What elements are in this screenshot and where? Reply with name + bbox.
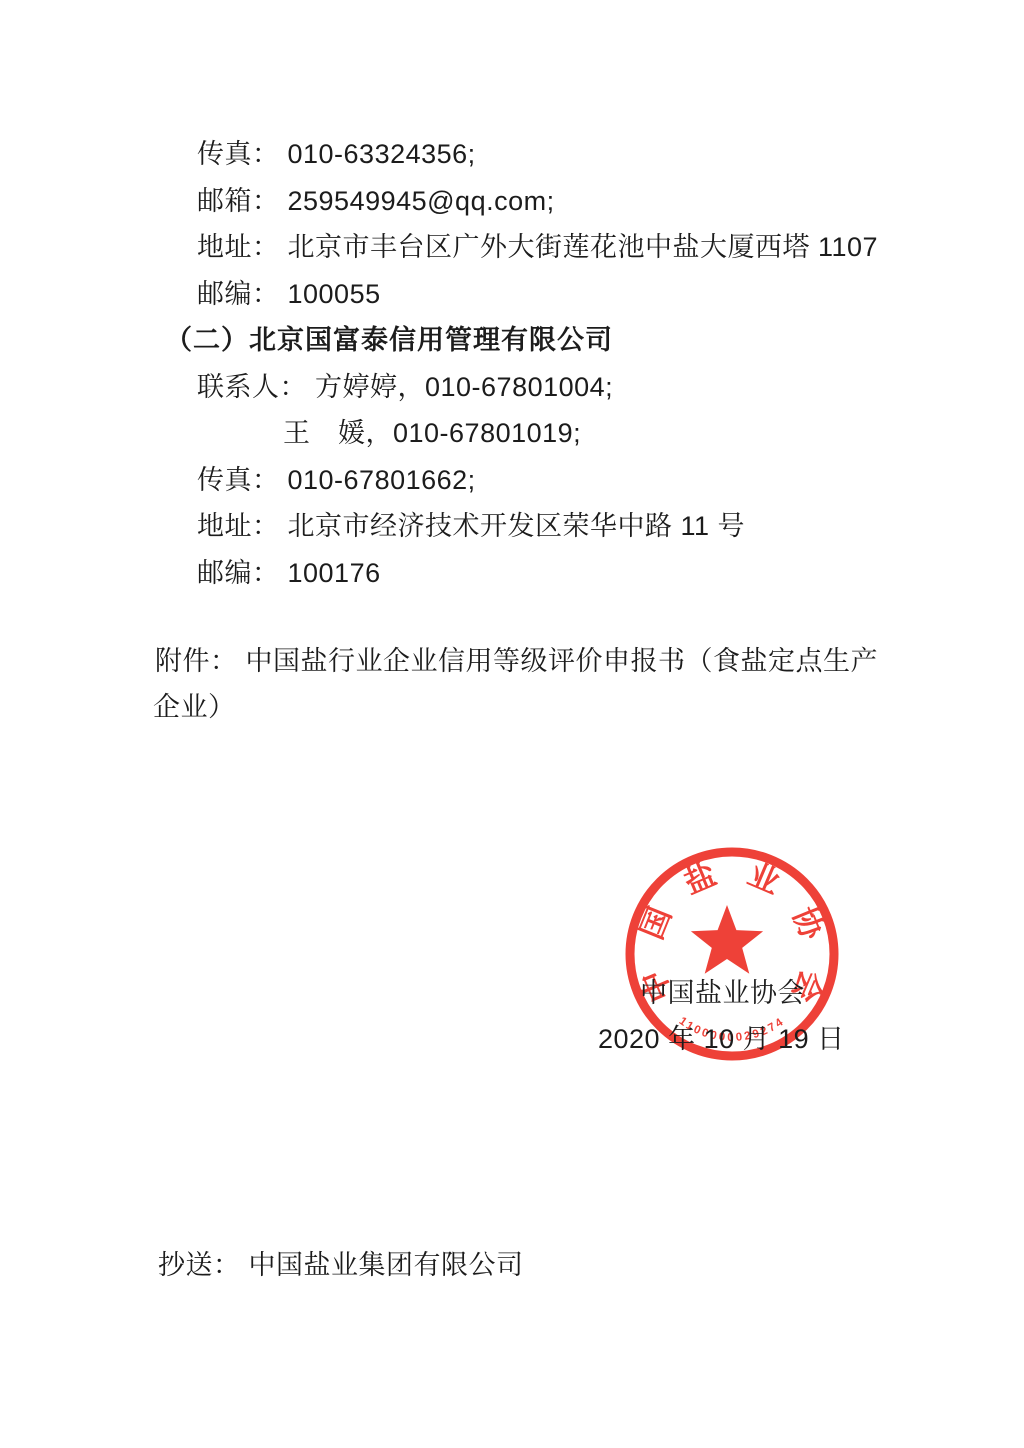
agency1-address-line: 地址： 北京市丰台区广外大街莲花池中盐大厦西塔 1107 — [197, 230, 878, 264]
document-page: 传真： 010-63324356; 邮箱： 259549945@qq.com; … — [0, 0, 1024, 1448]
agency2-fax-line: 传真： 010-67801662; — [197, 463, 476, 497]
agency1-email-line: 邮箱： 259549945@qq.com; — [197, 184, 555, 218]
agency1-postcode-line: 邮编： 100055 — [197, 277, 381, 311]
agency1-fax-line: 传真： 010-63324356; — [197, 137, 476, 171]
signature-org-name: 中国盐业协会 — [640, 976, 805, 1010]
agency2-contact2-line: 王 媛，010-67801019; — [283, 416, 581, 450]
cc-line: 抄送： 中国盐业集团有限公司 — [158, 1248, 524, 1282]
attachment-line-1: 附件： 中国盐行业企业信用等级评价申报书（食盐定点生产 — [155, 644, 878, 678]
agency2-heading: （二）北京国富泰信用管理有限公司 — [165, 323, 613, 357]
signature-date: 2020 年 10 月 19 日 — [598, 1022, 845, 1056]
attachment-line-2: 企业） — [153, 690, 236, 724]
seal-star-icon — [691, 905, 763, 974]
agency2-postcode-line: 邮编： 100176 — [197, 556, 381, 590]
agency2-address-line: 地址： 北京市经济技术开发区荣华中路 11 号 — [197, 509, 745, 543]
agency2-contact1-line: 联系人： 方婷婷，010-67801004; — [197, 370, 613, 404]
